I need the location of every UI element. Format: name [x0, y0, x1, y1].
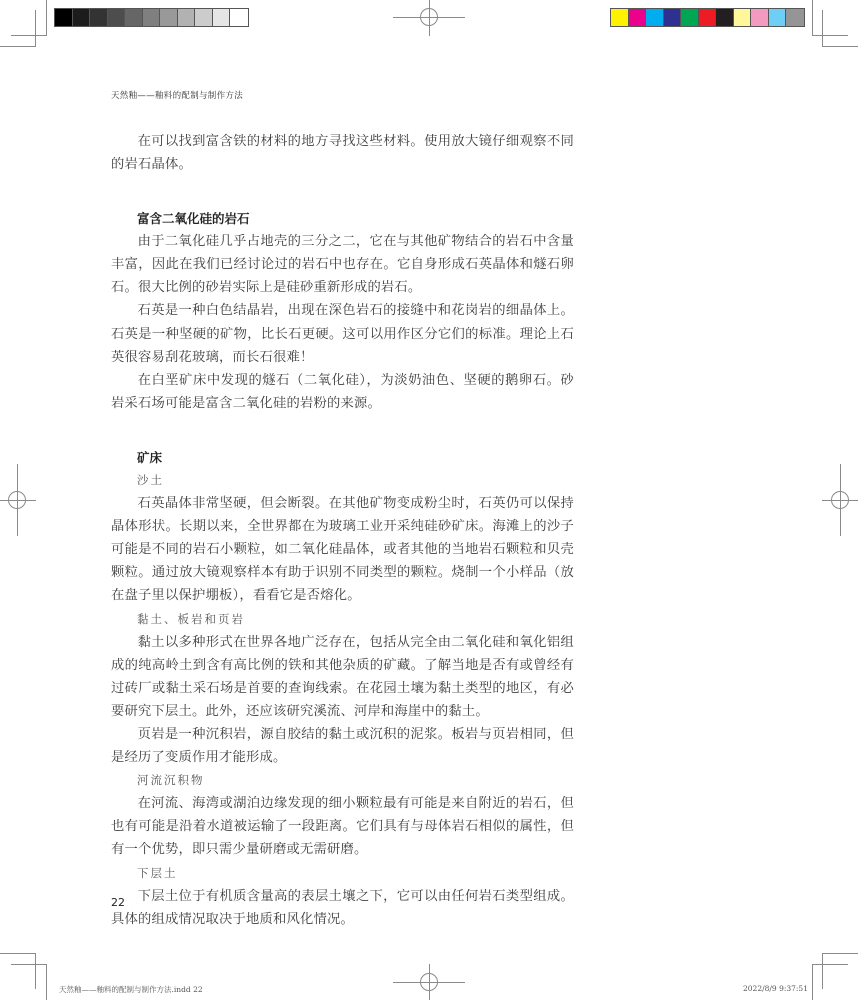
- page-number: 22: [111, 896, 125, 909]
- subheading-clay-slate-shale: 黏土、板岩和页岩: [111, 608, 574, 631]
- gray-swatch: [213, 9, 231, 26]
- paragraph: 在河流、海湾或湖泊边缘发现的细小颗粒最有可能是来自附近的岩石，但也有可能是沿着水…: [111, 792, 574, 861]
- running-header: 天然釉——釉料的配制与制作方法: [111, 89, 243, 101]
- color-swatch: [699, 9, 717, 26]
- color-swatch: [751, 9, 769, 26]
- paragraph: 下层土位于有机质含量高的表层土壤之下，它可以由任何岩石类型组成。具体的组成情况取…: [111, 885, 574, 931]
- color-swatch: [664, 9, 682, 26]
- gray-swatch: [143, 9, 161, 26]
- gray-swatch: [90, 9, 108, 26]
- subheading-sand: 沙土: [111, 469, 574, 492]
- gray-swatch: [125, 9, 143, 26]
- color-swatch: [786, 9, 804, 26]
- color-swatch: [646, 9, 664, 26]
- page-body: 在可以找到富含铁的材料的地方寻找这些材料。使用放大镜仔细观察不同的岩石晶体。 富…: [111, 130, 574, 931]
- paragraph: 石英是一种白色结晶岩，出现在深色岩石的接缝中和花岗岩的细晶体上。石英是一种坚硬的…: [111, 299, 574, 368]
- paragraph: 黏土以多种形式在世界各地广泛存在，包括从完全由二氧化硅和氧化铝组成的纯高岭土到含…: [111, 631, 574, 723]
- paragraph: 页岩是一种沉积岩，源自胶结的黏土或沉积的泥浆。板岩与页岩相同，但是经历了变质作用…: [111, 723, 574, 769]
- paragraph: 由于二氧化硅几乎占地壳的三分之二，它在与其他矿物结合的岩石中含量丰富，因此在我们…: [111, 230, 574, 299]
- gray-swatch: [73, 9, 91, 26]
- gray-swatch: [178, 9, 196, 26]
- color-swatch: [716, 9, 734, 26]
- gray-swatch: [230, 9, 248, 26]
- gray-swatch: [160, 9, 178, 26]
- color-swatch: [769, 9, 787, 26]
- paragraph: 石英晶体非常坚硬，但会断裂。在其他矿物变成粉尘时，石英仍可以保持晶体形状。长期以…: [111, 492, 574, 607]
- paragraph: 在白垩矿床中发现的燧石（二氧化硅），为淡奶油色、坚硬的鹅卵石。砂岩采石场可能是富…: [111, 369, 574, 415]
- gray-swatch: [108, 9, 126, 26]
- intro-paragraph: 在可以找到富含铁的材料的地方寻找这些材料。使用放大镜仔细观察不同的岩石晶体。: [111, 130, 574, 176]
- color-swatch: [629, 9, 647, 26]
- gray-swatch: [195, 9, 213, 26]
- slug-file-name: 天然釉——釉料的配制与制作方法.indd 22: [59, 984, 203, 995]
- grayscale-color-bar: [54, 8, 249, 27]
- gray-swatch: [55, 9, 73, 26]
- process-color-bar: [610, 8, 805, 27]
- slug-timestamp: 2022/8/9 9:37:51: [743, 984, 808, 993]
- subheading-subsoil: 下层土: [111, 862, 574, 885]
- color-swatch: [681, 9, 699, 26]
- section-heading-deposits: 矿床: [111, 446, 574, 469]
- color-swatch: [611, 9, 629, 26]
- color-swatch: [734, 9, 752, 26]
- subheading-river-sediment: 河流沉积物: [111, 769, 574, 792]
- section-heading-silica-rocks: 富含二氧化硅的岩石: [111, 207, 574, 230]
